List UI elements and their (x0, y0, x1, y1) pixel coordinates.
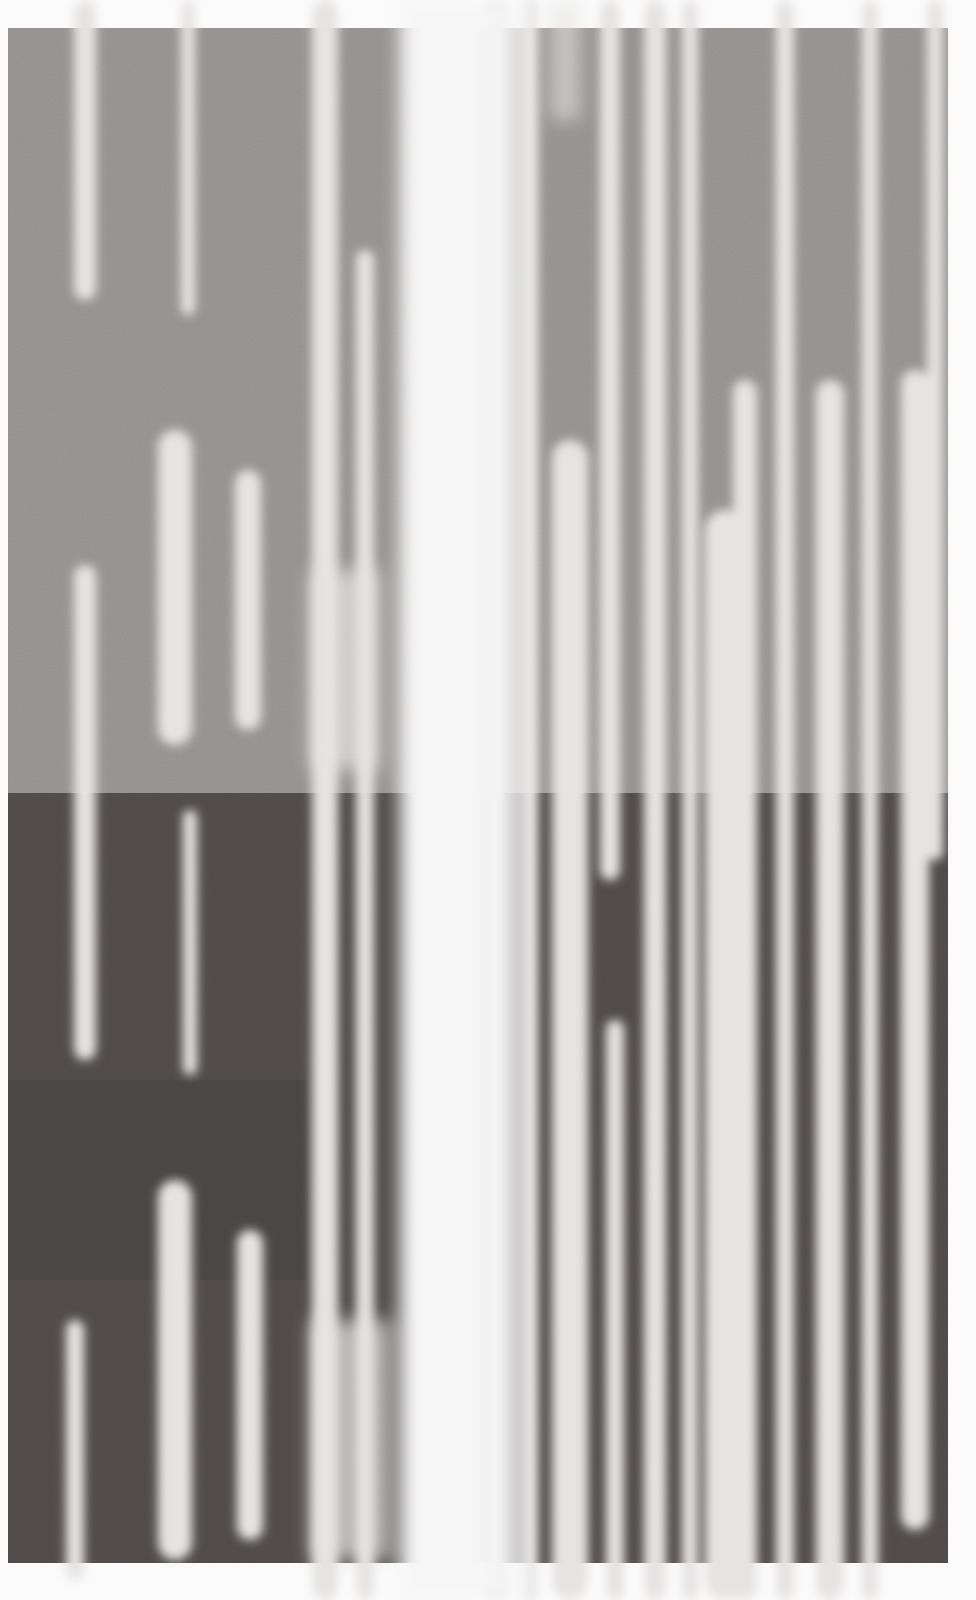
grayscale-photograph (0, 0, 976, 1600)
streak-pattern (0, 0, 976, 1600)
